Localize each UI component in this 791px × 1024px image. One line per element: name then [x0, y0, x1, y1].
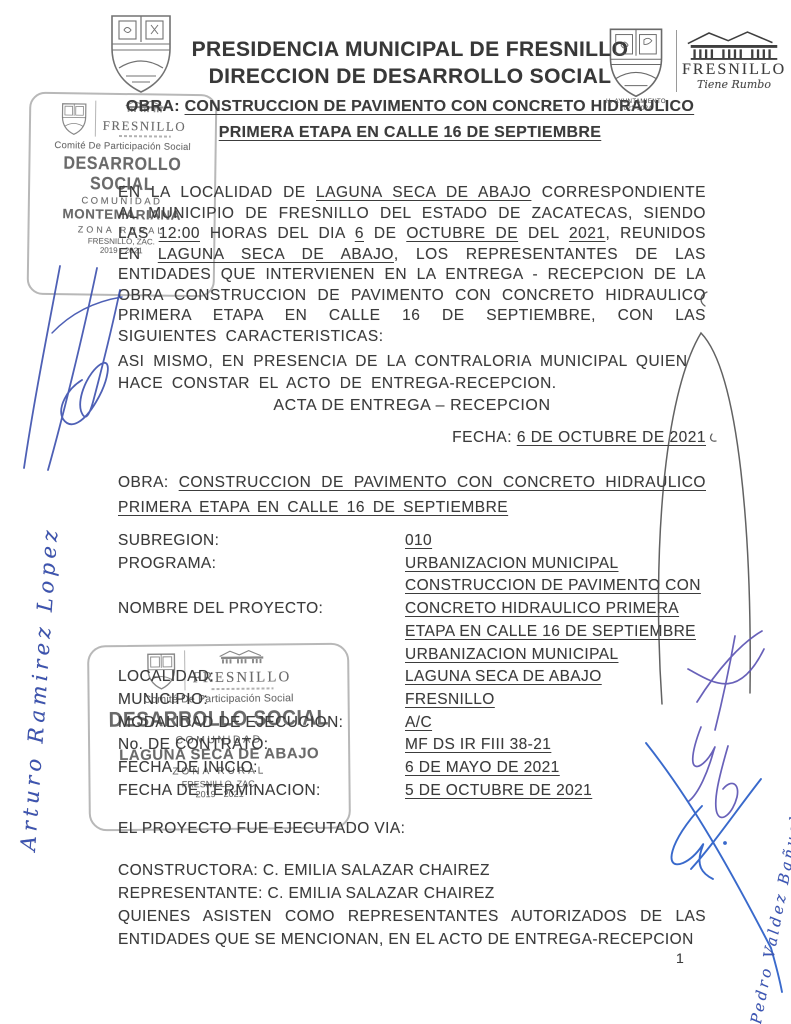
fecha-line: FECHA: 6 DE OCTUBRE DE 2021 [118, 429, 706, 447]
contraloria-paragraph: ASI MISMO, EN PRESENCIA DE LA CONTRALORI… [118, 351, 706, 395]
project-details-table: SUBREGION:010PROGRAMA:URBANIZACION MUNIC… [118, 530, 706, 802]
obra-block-value: CONSTRUCCION DE PAVIMENTO CON CONCRETO H… [118, 474, 706, 516]
detail-row: MODALIDAD DE EJECUCION:A/C [118, 712, 706, 735]
fresnillo-brand-logo: FRESNILLO Tiene Rumbo [682, 30, 786, 91]
quienes-paragraph: QUIENES ASISTEN COMO REPRESENTANTES AUTO… [118, 906, 706, 951]
detail-value: MF DS IR FIII 38-21 [405, 734, 706, 757]
detail-label: FECHA DE INICIO: [118, 757, 405, 780]
detail-row: FECHA DE INICIO:6 DE MAYO DE 2021 [118, 757, 706, 780]
detail-row: LOCALIDAD:LAGUNA SECA DE ABAJO [118, 666, 706, 689]
stamp-crest-icon [60, 100, 88, 136]
handwritten-name-right: Pedro Valdez Bañuelos [747, 790, 791, 1024]
detail-value: CONCRETO HIDRAULICO PRIMERA [405, 598, 706, 621]
detail-row: ETAPA EN CALLE 16 DE SEPTIEMBRE [118, 621, 706, 644]
detail-value: 010 [405, 530, 706, 553]
representante-line: REPRESENTANTE: C. EMILIA SALAZAR CHAIREZ [118, 883, 706, 906]
detail-label: MUNICIPIO: [118, 689, 405, 712]
ayuntamiento-caption-line2: 2021-2024 [604, 106, 668, 113]
detail-label: NOMBRE DEL PROYECTO: [118, 598, 405, 621]
detail-label: FECHA DE TERMINACION: [118, 780, 405, 803]
scanned-document-page: PRESIDENCIA MUNICIPAL DE FRESNILLO DIREC… [0, 0, 791, 1024]
detail-value: FRESNILLO [405, 689, 706, 712]
obra-header-label: OBRA: [126, 98, 180, 115]
brand-slogan: Tiene Rumbo [682, 78, 786, 91]
detail-label [118, 621, 405, 644]
constructora-line: CONSTRUCTORA: C. EMILIA SALAZAR CHAIREZ [118, 860, 706, 883]
detail-row: MUNICIPIO:FRESNILLO [118, 689, 706, 712]
acta-title: ACTA DE ENTREGA – RECEPCION [118, 397, 706, 415]
detail-value: ETAPA EN CALLE 16 DE SEPTIEMBRE [405, 621, 706, 644]
ejecutado-line: EL PROYECTO FUE EJECUTADO VIA: [118, 818, 706, 841]
detail-value: URBANIZACION MUNICIPAL [405, 644, 706, 667]
detail-value: URBANIZACION MUNICIPAL [405, 553, 706, 576]
handwritten-name-left: Arturo Ramirez Lopez [16, 525, 63, 852]
detail-row: FECHA DE TERMINACION:5 DE OCTUBRE DE 202… [118, 780, 706, 803]
stamp-emblem-divider [95, 100, 97, 136]
detail-label: MODALIDAD DE EJECUCION: [118, 712, 405, 735]
detail-row: No. DE CONTRATO:MF DS IR FIII 38-21 [118, 734, 706, 757]
detail-value: LAGUNA SECA DE ABAJO [405, 666, 706, 689]
detail-label [118, 575, 405, 598]
fecha-label: FECHA: [452, 429, 517, 446]
detail-row: CONSTRUCCION DE PAVIMENTO CON [118, 575, 706, 598]
detail-row: NOMBRE DEL PROYECTO:CONCRETO HIDRAULICO … [118, 598, 706, 621]
header-divider [676, 30, 677, 92]
aqueduct-icon [684, 30, 784, 61]
detail-row: PROGRAMA:URBANIZACION MUNICIPAL [118, 553, 706, 576]
brand-name: FRESNILLO [682, 61, 786, 78]
detail-label: No. DE CONTRATO: [118, 734, 405, 757]
detail-value: 5 DE OCTUBRE DE 2021 [405, 780, 706, 803]
detail-value: CONSTRUCCION DE PAVIMENTO CON [405, 575, 706, 598]
fecha-value: 6 DE OCTUBRE DE 2021 [517, 429, 706, 446]
obra-block: OBRA: CONSTRUCCION DE PAVIMENTO CON CONC… [118, 470, 706, 520]
ayuntamiento-crest-icon [604, 24, 668, 98]
detail-label: SUBREGION: [118, 530, 405, 553]
ayuntamiento-crest: H. AYUNTAMIENTO 2021-2024 [604, 24, 668, 113]
detail-value: 6 DE MAYO DE 2021 [405, 757, 706, 780]
detail-label: PROGRAMA: [118, 553, 405, 576]
detail-row: URBANIZACION MUNICIPAL [118, 644, 706, 667]
obra-header-text2: PRIMERA ETAPA EN CALLE 16 DE SEPTIEMBRE [112, 120, 708, 146]
detail-row: SUBREGION:010 [118, 530, 706, 553]
intro-paragraph: EN LA LOCALIDAD DE LAGUNA SECA DE ABAJO … [118, 183, 706, 347]
detail-label [118, 644, 405, 667]
detail-value: A/C [405, 712, 706, 735]
page-number: 1 [676, 950, 684, 966]
obra-block-label: OBRA: [118, 474, 179, 491]
detail-label: LOCALIDAD: [118, 666, 405, 689]
signature-left [24, 266, 122, 470]
ayuntamiento-caption-line1: H. AYUNTAMIENTO [604, 99, 668, 106]
